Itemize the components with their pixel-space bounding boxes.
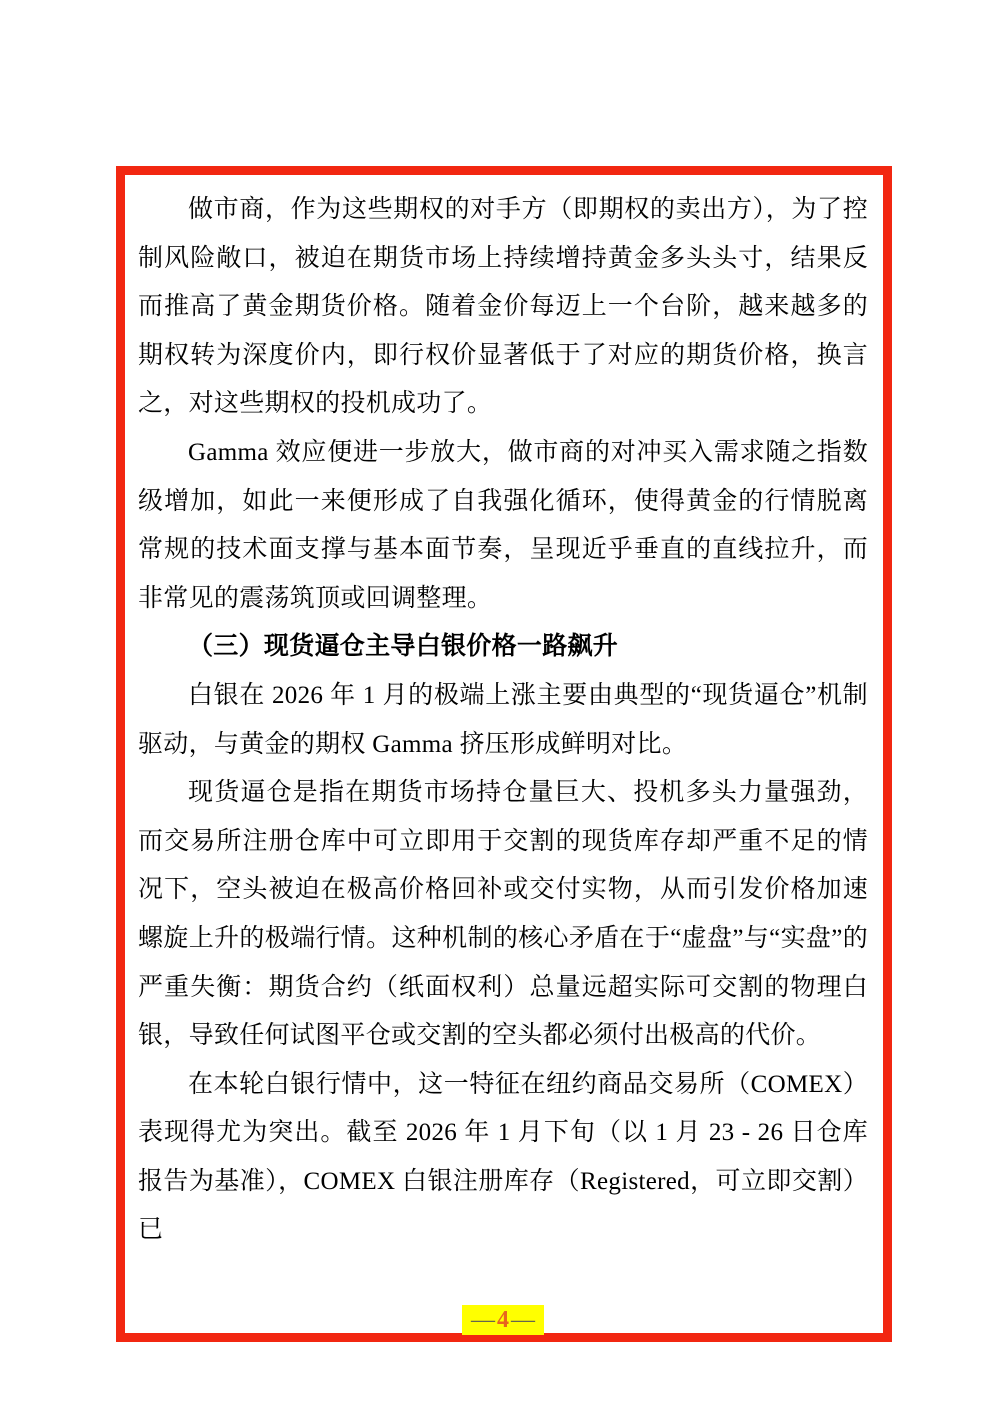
document-page: 做市商，作为这些期权的对手方（即期权的卖出方），为了控制风险敞口，被迫在期货市场… xyxy=(0,0,1000,1414)
page-number-value: 4 xyxy=(495,1307,511,1333)
page-number-badge: —4— xyxy=(462,1305,544,1335)
red-border-frame: 做市商，作为这些期权的对手方（即期权的卖出方），为了控制风险敞口，被迫在期货市场… xyxy=(116,166,892,1342)
paragraph-gamma-effect: Gamma 效应便进一步放大，做市商的对冲买入需求随之指数级增加，如此一来便形成… xyxy=(138,429,868,623)
paragraph-silver-rise: 白银在 2026 年 1 月的极端上涨主要由典型的“现货逼仓”机制驱动，与黄金的… xyxy=(138,672,868,769)
section-heading: （三）现货逼仓主导白银价格一路飙升 xyxy=(138,623,868,672)
text-content: 做市商，作为这些期权的对手方（即期权的卖出方），为了控制风险敞口，被迫在期货市场… xyxy=(125,175,883,1335)
page-number-right-dash: — xyxy=(511,1307,535,1333)
paragraph-short-squeeze-definition: 现货逼仓是指在期货市场持仓量巨大、投机多头力量强劲，而交易所注册仓库中可立即用于… xyxy=(138,769,868,1061)
paragraph-market-makers: 做市商，作为这些期权的对手方（即期权的卖出方），为了控制风险敞口，被迫在期货市场… xyxy=(138,186,868,429)
page-number-row: —4— xyxy=(138,1305,868,1335)
page-number-left-dash: — xyxy=(471,1307,495,1333)
paragraph-comex-inventory: 在本轮白银行情中，这一特征在纽约商品交易所（COMEX）表现得尤为突出。截至 2… xyxy=(138,1061,868,1255)
